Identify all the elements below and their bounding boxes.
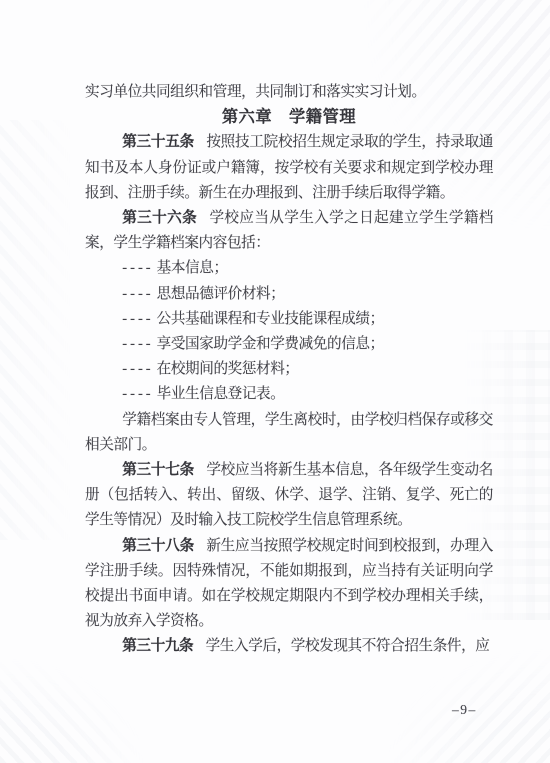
article-35-paragraph: 第三十五条按照技工院校招生规定录取的学生，持录取通知书及本人身份证或户籍簿，按学… bbox=[85, 130, 493, 206]
article-37-number: 第三十七条 bbox=[122, 462, 194, 478]
document-text-block: 实习单位共同组织和管理，共同制订和落实实习计划。 第六章 学籍管理 第三十五条按… bbox=[85, 80, 493, 660]
article-39-number: 第三十九条 bbox=[122, 638, 193, 654]
article-36-paragraph: 第三十六条学校应当从学生入学之日起建立学生学籍档案，学生学籍档案内容包括： bbox=[85, 206, 493, 256]
dash-prefix: ---- bbox=[122, 286, 153, 302]
archive-item-course-grades: ----公共基础课程和专业技能课程成绩； bbox=[85, 307, 493, 332]
archive-item-text: 享受国家助学金和学费减免的信息； bbox=[157, 336, 384, 352]
article-39-text: 学生入学后，学校发现其不符合招生条件，应 bbox=[206, 638, 490, 654]
archive-item-graduate-registration: ----毕业生信息登记表。 bbox=[85, 382, 493, 407]
article-38-number: 第三十八条 bbox=[122, 538, 194, 554]
scan-texture-left-middle bbox=[0, 120, 80, 540]
archive-management-paragraph: 学籍档案由专人管理，学生离校时，由学校归档保存或移交相关部门。 bbox=[85, 408, 493, 458]
dash-prefix: ---- bbox=[122, 311, 153, 327]
dash-prefix: ---- bbox=[122, 361, 153, 377]
archive-item-text: 公共基础课程和专业技能课程成绩； bbox=[157, 311, 384, 327]
scanned-document-page: 实习单位共同组织和管理，共同制订和落实实习计划。 第六章 学籍管理 第三十五条按… bbox=[0, 0, 550, 763]
archive-item-text: 基本信息； bbox=[157, 260, 228, 276]
dash-prefix: ---- bbox=[122, 260, 153, 276]
archive-item-rewards-punishments: ----在校期间的奖惩材料； bbox=[85, 357, 493, 382]
archive-item-text: 毕业生信息登记表。 bbox=[157, 386, 285, 402]
archive-item-grant-info: ----享受国家助学金和学费减免的信息； bbox=[85, 332, 493, 357]
article-35-number: 第三十五条 bbox=[122, 134, 194, 150]
archive-item-basic-info: ----基本信息； bbox=[85, 256, 493, 281]
page-number: –9– bbox=[452, 702, 477, 718]
article-37-paragraph: 第三十七条学校应当将新生基本信息，各年级学生变动名册（包括转入、转出、留级、休学… bbox=[85, 458, 493, 534]
dash-prefix: ---- bbox=[122, 386, 153, 402]
archive-item-moral-evaluation: ----思想品德评价材料； bbox=[85, 282, 493, 307]
archive-item-text: 在校期间的奖惩材料； bbox=[157, 361, 299, 377]
archive-item-text: 思想品德评价材料； bbox=[157, 286, 285, 302]
article-36-number: 第三十六条 bbox=[122, 210, 197, 226]
dash-prefix: ---- bbox=[122, 336, 153, 352]
chapter-heading: 第六章 学籍管理 bbox=[85, 105, 493, 130]
continued-paragraph: 实习单位共同组织和管理，共同制订和落实实习计划。 bbox=[85, 80, 493, 105]
scan-texture-bottom-left bbox=[0, 653, 150, 763]
article-38-paragraph: 第三十八条新生应当按照学校规定时间到校报到，办理入学注册手续。因特殊情况，不能如… bbox=[85, 534, 493, 635]
article-39-paragraph: 第三十九条学生入学后，学校发现其不符合招生条件，应 bbox=[85, 634, 493, 659]
